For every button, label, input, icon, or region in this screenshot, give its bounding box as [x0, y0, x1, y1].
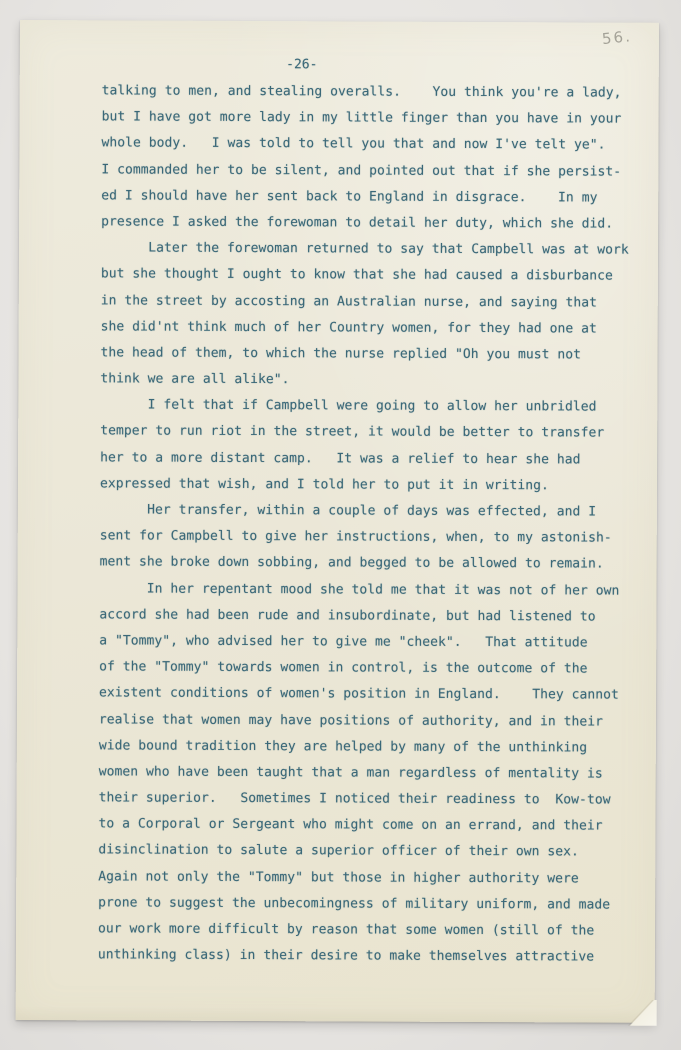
typed-line: a "Tommy", who advised her to give me "c… — [99, 628, 644, 657]
typed-line: Later the forewoman returned to say that… — [101, 235, 646, 264]
corner-fold — [627, 1000, 657, 1026]
typed-line: their superior. Sometimes I noticed thei… — [99, 785, 644, 814]
typed-line: sent for Campbell to give her instructio… — [100, 524, 645, 553]
typed-line: but she thought I ought to know that she… — [101, 262, 646, 291]
scan-background: 56. -26- talking to men, and stealing ov… — [0, 0, 681, 1050]
typed-line: I commanded her to be silent, and pointe… — [101, 157, 646, 186]
typed-line: our work more difficult by reason that s… — [98, 916, 643, 945]
typed-line: Her transfer, within a couple of days wa… — [100, 497, 645, 526]
typed-line: her to a more distant camp. It was a rel… — [100, 445, 645, 474]
typed-line: unthinking class) in their desire to mak… — [98, 943, 643, 972]
typed-line: the head of them, to which the nurse rep… — [100, 340, 645, 369]
typed-line: prone to suggest the unbecomingness of m… — [98, 890, 643, 919]
typed-line: of the "Tommy" towards women in control,… — [99, 654, 644, 683]
typed-line: think we are all alike". — [100, 366, 645, 395]
typed-line: but I have got more lady in my little fi… — [102, 105, 647, 134]
pencil-page-number: 56. — [601, 27, 633, 48]
typed-line: whole body. I was told to tell you that … — [101, 131, 646, 160]
typed-line: temper to run riot in the street, it wou… — [100, 419, 645, 448]
typed-line: ment she broke down sobbing, and begged … — [100, 550, 645, 579]
typed-line: in the street by accosting an Australian… — [101, 288, 646, 317]
document-page: 56. -26- talking to men, and stealing ov… — [16, 20, 659, 1023]
typed-line: to a Corporal or Sergeant who might come… — [98, 812, 643, 841]
typed-line: expressed that wish, and I told her to p… — [100, 471, 645, 500]
document-text: talking to men, and stealing overalls. Y… — [98, 78, 647, 971]
typed-line: disinclination to salute a superior offi… — [98, 838, 643, 867]
typed-line: I felt that if Campbell were going to al… — [100, 393, 645, 422]
typed-line: Again not only the "Tommy" but those in … — [98, 864, 643, 893]
typed-line: wide bound tradition they are helped by … — [99, 733, 644, 762]
typed-page-number: -26- — [272, 57, 332, 72]
typed-line: accord she had been rude and insubordina… — [99, 602, 644, 631]
typed-line: women who have been taught that a man re… — [99, 759, 644, 788]
typed-line: she did'nt think much of her Country wom… — [101, 314, 646, 343]
typed-line: ed I should have her sent back to Englan… — [101, 183, 646, 212]
typed-line: realise that women may have positions of… — [99, 707, 644, 736]
paper-bottom-shade — [16, 1006, 655, 1023]
typed-line: In her repentant mood she told me that i… — [99, 576, 644, 605]
typed-line: talking to men, and stealing overalls. Y… — [102, 78, 647, 107]
typed-line: presence I asked the forewoman to detail… — [101, 209, 646, 238]
typed-line: existent conditions of women's position … — [99, 681, 644, 710]
